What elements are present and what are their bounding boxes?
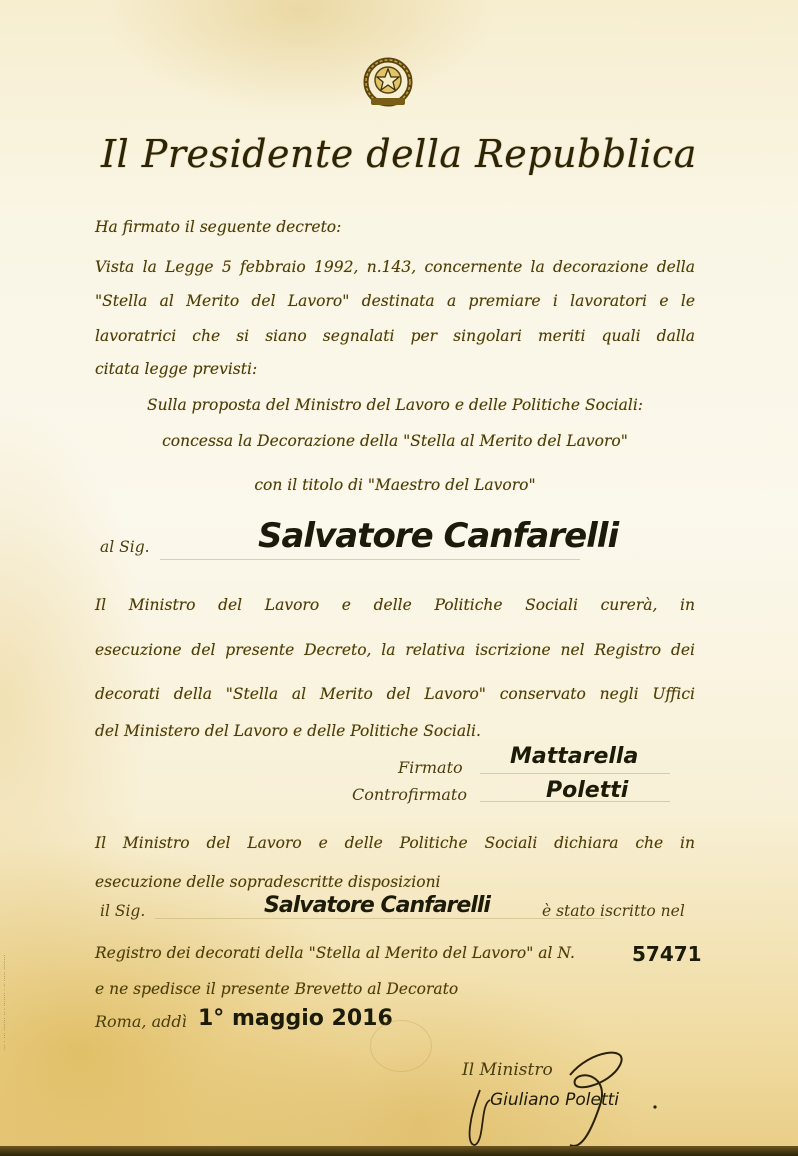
proposal-line: Sulla proposta del Ministro del Lavoro e… — [95, 396, 695, 414]
preamble-line: lavoratrici che si siano segnalati per s… — [95, 327, 695, 345]
signed-label: Firmato — [398, 758, 463, 777]
proposal-line: concessa la Decorazione della "Stella al… — [95, 432, 695, 450]
declaration-line: esecuzione delle sopradescritte disposiz… — [95, 873, 695, 891]
proposal-line: con il titolo di "Maestro del Lavoro" — [95, 476, 695, 494]
registry-number: 57471 — [632, 942, 702, 966]
execution-line: esecuzione del presente Decreto, la rela… — [95, 641, 695, 659]
registration-prefix: il Sig. — [100, 902, 145, 920]
registration-name: Salvatore Canfarelli — [264, 893, 490, 918]
recipient-prefix: al Sig. — [100, 538, 150, 556]
preamble-line: citata legge previsti: — [95, 360, 695, 378]
dispatch-line: e ne spedisce il presente Brevetto al De… — [95, 980, 695, 998]
issue-date: 1° maggio 2016 — [198, 1006, 393, 1031]
preamble-line: Vista la Legge 5 febbraio 1992, n.143, c… — [95, 258, 695, 276]
registration-underline — [155, 918, 605, 919]
place-prefix: Roma, addì — [95, 1012, 187, 1031]
printer-margin-imprint: ··· · ··· ······· ·· · ······· · ·· ····… — [2, 770, 14, 1050]
registry-line: Registro dei decorati della "Stella al M… — [95, 944, 625, 962]
execution-line: decorati della "Stella al Merito del Lav… — [95, 685, 695, 703]
italian-emblem-icon — [355, 52, 421, 112]
embossed-seal — [370, 1020, 432, 1072]
execution-line: del Ministero del Lavoro e delle Politic… — [95, 722, 695, 740]
preamble-line: "Stella al Merito del Lavoro" destinata … — [95, 292, 695, 310]
countersigned-by-signature: Poletti — [546, 778, 628, 803]
recipient-name: Salvatore Canfarelli — [258, 516, 618, 556]
countersigned-label: Controfirmato — [352, 785, 467, 804]
recipient-underline — [160, 559, 580, 560]
page-bottom-edge — [0, 1146, 798, 1156]
minister-signature: Giuliano Poletti — [490, 1090, 619, 1110]
signed-by-signature: Mattarella — [510, 744, 638, 769]
document-title: Il Presidente della Repubblica — [0, 132, 798, 176]
declaration-line: Il Ministro del Lavoro e delle Politiche… — [95, 834, 695, 852]
registration-suffix: è stato iscritto nel — [542, 902, 685, 920]
intro-text: Ha firmato il seguente decreto: — [95, 218, 695, 236]
signed-underline — [480, 773, 670, 774]
execution-line: Il Ministro del Lavoro e delle Politiche… — [95, 596, 695, 614]
